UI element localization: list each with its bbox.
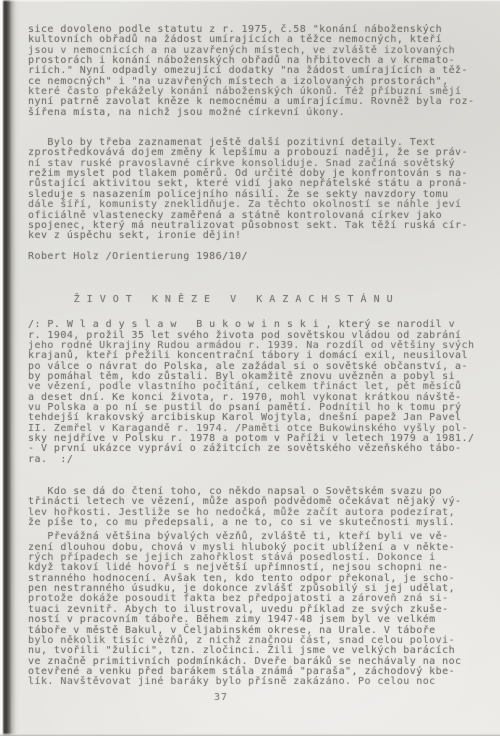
text-line: II. Zemřel v Karagandě r. 1974. /Paměti … <box>28 424 494 434</box>
text-line: - V první ukázce vypráví o zážitcích ze … <box>28 444 494 454</box>
paragraph-statute: sice dovoleno podle statutu z r. 1975, č… <box>28 25 494 118</box>
text-line: kultovních obřadů na žádost umírajících … <box>28 36 494 46</box>
text-line: zení dlouhou dobu, chová v mysli hluboký… <box>28 543 494 553</box>
text-line: po válce o návrat do Polska, ale zažádal… <box>28 362 494 372</box>
page-number: 37 <box>0 692 471 703</box>
article-title: Ž I V O T K N Ě Z E V K A Z A C H S T Á … <box>28 295 494 305</box>
text-line: ra. :/ <box>28 455 494 465</box>
document-body: sice dovoleno podle statutu z r. 1975, č… <box>28 21 494 688</box>
text-line: zprostředkovává dojem změny k lepšímu a … <box>28 149 494 159</box>
scanned-document-page: sice dovoleno podle statutu z r. 1975, č… <box>0 0 500 736</box>
page-edge-top <box>0 0 500 2</box>
text-line: nyní patrně zavolat kněze k nemocnému a … <box>28 98 494 108</box>
text-line: kev z úspěchu sekt, ironie dějin! <box>28 231 494 241</box>
text-line: lík. Navštěvovat jiné baráky bylo přísně… <box>28 677 494 687</box>
page-spine-shadow <box>0 0 20 736</box>
text-line: ností v pracovním táboře. Během zimy 194… <box>28 615 494 625</box>
paragraph-intro-bukowinski: /: P. W l a d y s l a w B u k o w i n s … <box>28 320 494 465</box>
paragraph-camp-experience: Převážná většina bývalých vězňů, zvláště… <box>28 532 494 687</box>
text-line: a deset dní. Ke konci života, r. 1970, m… <box>28 393 494 403</box>
paragraph-positive-details: Bylo by třeba zaznamenat ještě další poz… <box>28 138 494 241</box>
text-line: bylo několik tisíc vězňů, z nichž značno… <box>28 636 494 646</box>
text-line: oficiálně vlastenecky zaměřená a státně … <box>28 211 494 221</box>
text-line: že píše to, co mu předepsali, a ne to, c… <box>28 518 494 528</box>
text-line: šířena místa, na nichž jsou možné církev… <box>28 108 494 118</box>
text-line: tuaci zevnitř. Abych to ilustroval, uved… <box>28 605 494 615</box>
text-line: růstající aktivitou sekt, které vidí jak… <box>28 180 494 190</box>
text-line: r. 1904, prožil 35 let svého života pod … <box>28 331 494 341</box>
attribution: Robert Holz /Orientierung 1986/10/ <box>28 252 494 262</box>
text-line: Robert Holz /Orientierung 1986/10/ <box>28 252 494 262</box>
text-line: nu, tvořili "žulíci", tzn. zločinci. Žil… <box>28 646 494 656</box>
text-line: otevřené a venku před barákem stála znám… <box>28 667 494 677</box>
text-line: třinácti letech ve vězení, může aspoň po… <box>28 498 494 508</box>
text-line: riích." Nyní odpadly omezující dodatky "… <box>28 67 494 77</box>
text-line: stranného hodnocení. Avšak ten, kdo tent… <box>28 574 494 584</box>
paragraph-reader-expectation: Kdo se dá do čtení toho, co někdo napsal… <box>28 487 494 528</box>
text-line: Ž I V O T K N Ě Z E V K A Z A C H S T Á … <box>28 295 494 305</box>
